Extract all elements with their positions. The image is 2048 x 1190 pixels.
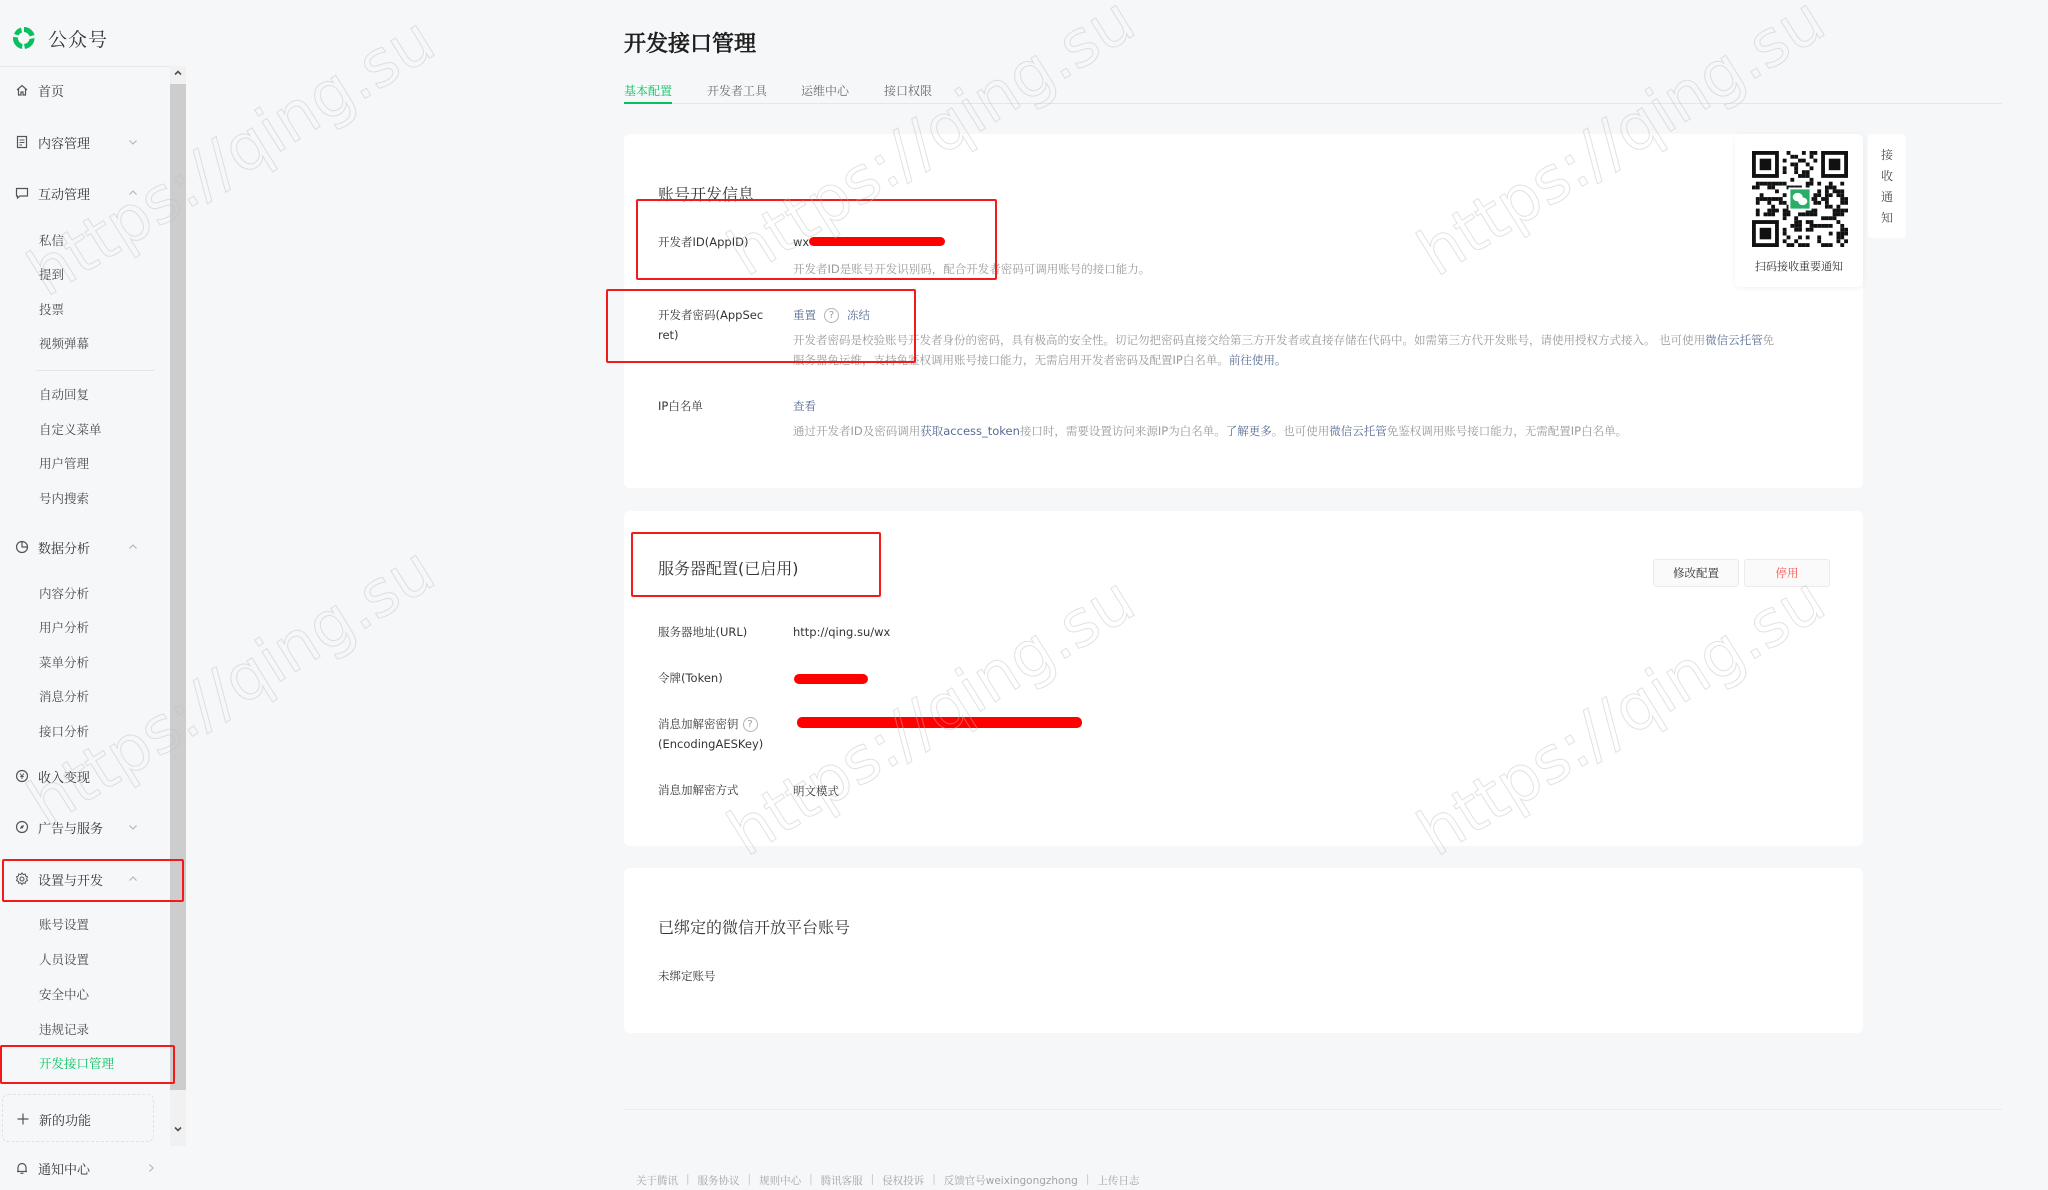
sidebar-item-label: 首页 [38,81,64,100]
compass-icon [14,819,30,835]
chevron-down-icon [128,137,138,147]
go-use-link[interactable]: 前往使用。 [1229,353,1287,367]
redaction-mark [797,717,1082,728]
account-dev-info-card: 账号开发信息 开发者ID(AppID) wx 开发者ID是账号开发识别码，配合开… [624,134,1863,488]
footer-link[interactable]: 关于腾讯 [636,1173,678,1188]
qr-code-image [1752,151,1848,247]
new-features-button[interactable]: 新的功能 [1,1102,171,1136]
server-url-value: http://qing.su/wx [793,625,890,639]
aeskey-label-line1: 消息加解密密钥? [658,714,763,734]
appsecret-description: 开发者密码是校验账号开发者身份的密码，具有极高的安全性。切记勿把密码直接交给第三… [793,330,1774,370]
help-question-icon[interactable]: ? [824,308,839,323]
token-label: 令牌(Token) [658,668,723,688]
sidebar-subitem-user-analysis[interactable]: 用户分析 [39,618,89,636]
chevron-up-icon [128,542,138,552]
sidebar-subitem-auto-reply[interactable]: 自动回复 [39,385,89,403]
sidebar-subitem-api-management[interactable]: 开发接口管理 [39,1054,114,1072]
notification-center-button[interactable]: 通知中心 [0,1151,170,1185]
document-icon [14,134,30,150]
sidebar-item-label: 广告与服务 [38,818,103,837]
footer-link[interactable]: 腾讯客服 [821,1173,863,1188]
sidebar-item-label: 数据分析 [38,538,90,557]
sidebar-item-monetization[interactable]: 收入变现 [0,759,170,793]
active-tab-indicator [624,102,672,104]
desc-text: 开发者密码是校验账号开发者身份的密码，具有极高的安全性。切记勿把密码直接交给第三… [793,333,1705,347]
sidebar-subitem-violation-records[interactable]: 违规记录 [39,1020,89,1038]
new-features-panel[interactable]: 新的功能 [2,1094,154,1142]
plus-icon [15,1111,31,1127]
sidebar-divider [0,66,170,67]
sidebar-subitem-message-analysis[interactable]: 消息分析 [39,687,89,705]
appsecret-desc-line2: 服务器免运维，支持免鉴权调用账号接口能力，无需启用开发者密码及配置IP白名单。前… [793,350,1774,370]
view-ip-whitelist-link[interactable]: 查看 [793,399,816,413]
section-title: 已绑定的微信开放平台账号 [658,915,850,938]
desc-text: 免鉴权调用账号接口能力，无需配置IP白名单。 [1387,424,1627,438]
sidebar-item-label: 收入变现 [38,767,90,786]
scroll-up-arrow-icon[interactable] [170,68,186,84]
chevron-up-icon [128,874,138,884]
tab-developer-tools[interactable]: 开发者工具 [707,82,767,99]
aeskey-label-line2: (EncodingAESKey) [658,734,763,754]
appid-value-text: wx [793,235,809,249]
qr-caption: 扫码接收重要通知 [1735,258,1863,274]
ip-whitelist-view: 查看 [793,398,816,414]
desc-text: 服务器免运维，支持免鉴权调用账号接口能力，无需启用开发者密码及配置IP白名单。 [793,353,1229,367]
desc-text: 免 [1763,333,1775,347]
footer-divider [624,1109,2002,1110]
wechat-cloud-hosting-link[interactable]: 微信云托管 [1329,424,1387,438]
chat-icon [14,185,30,201]
appsecret-label: 开发者密码(AppSec ret) [658,305,763,345]
tab-char: 知 [1881,209,1893,226]
sidebar-item-ads-and-services[interactable]: 广告与服务 [0,810,170,844]
gear-icon [14,871,30,887]
encryption-mode-label: 消息加解密方式 [658,780,739,800]
sidebar-divider [36,370,154,371]
footer-links: 关于腾讯|服务协议|规则中心|腾讯客服|侵权投诉|反馈官号weixingongz… [636,1173,1139,1188]
bell-icon [14,1160,30,1176]
sidebar-item-settings-and-development[interactable]: 设置与开发 [0,862,170,896]
server-url-label: 服务器地址(URL) [658,622,747,642]
ip-whitelist-description: 通过开发者ID及密码调用获取access_token接口时，需要设置访问来源IP… [793,421,1627,441]
sidebar-subitem-video-danmaku[interactable]: 视频弹幕 [39,334,89,352]
ip-whitelist-label: IP白名单 [658,396,703,416]
appsecret-desc-line1: 开发者密码是校验账号开发者身份的密码，具有极高的安全性。切记勿把密码直接交给第三… [793,330,1774,350]
chevron-down-icon [128,822,138,832]
sidebar-item-home[interactable]: 首页 [0,73,170,107]
chevron-up-icon [128,188,138,198]
appsecret-label-line1: 开发者密码(AppSec [658,305,763,325]
sidebar-item-content-management[interactable]: 内容管理 [0,125,170,159]
scroll-down-arrow-icon[interactable] [170,1124,186,1140]
appid-value: wx [793,235,809,249]
sidebar-subitem-private-messages[interactable]: 私信 [39,231,64,249]
learn-more-link[interactable]: 了解更多 [1226,424,1272,438]
sidebar-subitem-security-center[interactable]: 安全中心 [39,985,89,1003]
new-features-label: 新的功能 [39,1110,91,1129]
app-name: 公众号 [48,25,108,52]
tab-bar: 基本配置 开发者工具 运维中心 接口权限 [624,80,2002,104]
app-logo[interactable]: 公众号 [10,24,108,52]
footer-link[interactable]: 上传日志 [1097,1173,1139,1188]
tab-api-permissions[interactable]: 接口权限 [884,82,932,99]
desc-text: 接口时，需要设置访问来源IP为白名单。 [1020,424,1226,438]
footer-link[interactable]: 反馈官号weixingongzhong [944,1173,1078,1188]
sidebar-item-label: 互动管理 [38,184,90,203]
appid-label: 开发者ID(AppID) [658,232,748,252]
footer-separator: | [871,1173,875,1188]
sidebar-subitem-staff-settings[interactable]: 人员设置 [39,950,89,968]
home-icon [14,82,30,98]
modify-config-button[interactable]: 修改配置 [1653,559,1739,587]
footer-link[interactable]: 侵权投诉 [882,1173,924,1188]
disable-button[interactable]: 停用 [1744,559,1830,587]
footer-separator: | [809,1173,813,1188]
wechat-cloud-hosting-link[interactable]: 微信云托管 [1705,333,1763,347]
label-text: 消息加解密密钥 [658,717,739,731]
sidebar-item-label: 设置与开发 [38,870,103,889]
appsecret-label-line2: ret) [658,325,763,345]
footer-separator: | [686,1173,690,1188]
footer-separator: | [748,1173,752,1188]
section-title: 账号开发信息 [658,182,754,205]
footer-separator: | [932,1173,936,1188]
qr-code-panel: 扫码接收重要通知 [1735,134,1863,287]
footer-link[interactable]: 服务协议 [698,1173,740,1188]
sidebar-subitem-mentions[interactable]: 提到 [39,265,64,283]
sidebar-subitem-api-analysis[interactable]: 接口分析 [39,722,89,740]
tab-char: 接 [1881,146,1893,163]
footer-separator: | [1086,1173,1090,1188]
reset-secret-link[interactable]: 重置 [793,308,816,322]
sidebar-subitem-votes[interactable]: 投票 [39,300,64,318]
redaction-mark [809,237,945,246]
chevron-right-icon [146,1163,156,1173]
tab-basic-config[interactable]: 基本配置 [624,82,672,99]
sidebar-scrollbar-thumb[interactable] [170,84,186,1090]
open-platform-card: 已绑定的微信开放平台账号 未绑定账号 [624,868,1863,1033]
sidebar-subitem-account-settings[interactable]: 账号设置 [39,915,89,933]
sidebar-subitem-content-analysis[interactable]: 内容分析 [39,584,89,602]
receive-notifications-tab[interactable]: 接 收 通 知 [1868,134,1906,238]
tab-char: 收 [1881,167,1893,184]
server-config-card: 服务器配置(已启用) 修改配置 停用 服务器地址(URL) http://qin… [624,511,1863,846]
sidebar-subitem-user-management[interactable]: 用户管理 [39,454,89,472]
sidebar-item-interaction-management[interactable]: 互动管理 [0,176,170,210]
yen-icon [14,768,30,784]
appid-description: 开发者ID是账号开发识别码，配合开发者密码可调用账号的接口能力。 [793,259,1150,279]
sidebar: 公众号 首页 内容管理 互动管理 私信 提到 投票 视频弹幕 自动回复 自定义菜… [0,0,186,1190]
notification-center-label: 通知中心 [38,1159,90,1178]
footer-link[interactable]: 规则中心 [759,1173,801,1188]
sidebar-item-label: 内容管理 [38,133,90,152]
sidebar-subitem-in-account-search[interactable]: 号内搜索 [39,489,89,507]
freeze-secret-link[interactable]: 冻结 [847,308,870,322]
redaction-mark [794,674,868,684]
open-platform-status: 未绑定账号 [658,966,716,986]
encryption-mode-value: 明文模式 [793,783,839,799]
section-title: 服务器配置(已启用) [658,556,799,579]
tab-ops-center[interactable]: 运维中心 [801,82,849,99]
sidebar-subitem-menu-analysis[interactable]: 菜单分析 [39,653,89,671]
sidebar-item-data-analysis[interactable]: 数据分析 [0,530,170,564]
help-question-icon[interactable]: ? [743,717,758,732]
aeskey-label: 消息加解密密钥? (EncodingAESKey) [658,714,763,754]
appsecret-actions: 重置?冻结 [793,307,870,323]
desc-text: 通过开发者ID及密码调用 [793,424,920,438]
page-title: 开发接口管理 [624,27,756,58]
sidebar-subitem-custom-menu[interactable]: 自定义菜单 [39,420,102,438]
get-access-token-link[interactable]: 获取access_token [920,424,1020,438]
desc-text: 。也可使用 [1272,424,1330,438]
tab-char: 通 [1881,188,1893,205]
pie-chart-icon [14,539,30,555]
wechat-official-account-logo-icon [10,24,38,52]
